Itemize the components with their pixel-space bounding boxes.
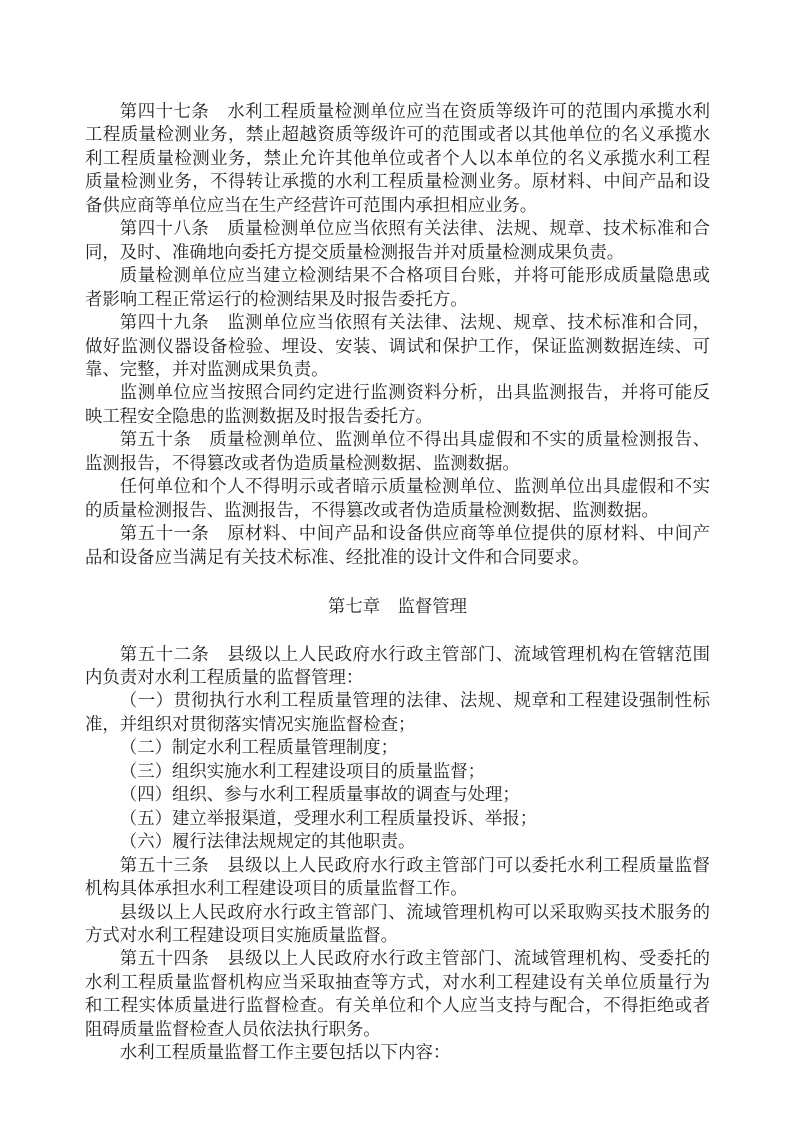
article-53-paragraph-2: 县级以上人民政府水行政主管部门、流域管理机构可以采取购买技术服务的方式对水利工程… — [85, 901, 710, 948]
article-49-paragraph-1: 第四十九条 监测单位应当依照有关法律、法规、规章、技术标准和合同，做好监测仪器设… — [85, 311, 710, 381]
article-52-item-5: （五）建立举报渠道，受理水利工程质量投诉、举报； — [85, 807, 710, 830]
article-49-paragraph-2: 监测单位应当按照合同约定进行监测资料分析，出具监测报告，并将可能反映工程安全隐患… — [85, 381, 710, 428]
article-54-paragraph-1: 第五十四条 县级以上人民政府水行政主管部门、流域管理机构、受委托的水利工程质量监… — [85, 947, 710, 1041]
chapter-7-heading: 第七章 监督管理 — [85, 595, 710, 618]
article-50-paragraph-1: 第五十条 质量检测单位、监测单位不得出具虚假和不实的质量检测报告、监测报告，不得… — [85, 428, 710, 475]
document-page: 第四十七条 水利工程质量检测单位应当在资质等级许可的范围内承揽水利工程质量检测业… — [0, 0, 793, 1122]
article-54-paragraph-2: 水利工程质量监督工作主要包括以下内容： — [85, 1041, 710, 1064]
article-47-paragraph: 第四十七条 水利工程质量检测单位应当在资质等级许可的范围内承揽水利工程质量检测业… — [85, 100, 710, 217]
article-48-paragraph-2: 质量检测单位应当建立检测结果不合格项目台账，并将可能形成质量隐患或者影响工程正常… — [85, 264, 710, 311]
article-50-paragraph-2: 任何单位和个人不得明示或者暗示质量检测单位、监测单位出具虚假和不实的质量检测报告… — [85, 475, 710, 522]
article-52-item-6: （六）履行法律法规规定的其他职责。 — [85, 830, 710, 853]
article-53-paragraph-1: 第五十三条 县级以上人民政府水行政主管部门可以委托水利工程质量监督机构具体承担水… — [85, 854, 710, 901]
article-52-lead-paragraph: 第五十二条 县级以上人民政府水行政主管部门、流域管理机构在管辖范围内负责对水利工… — [85, 643, 710, 690]
article-52-item-1: （一）贯彻执行水利工程质量管理的法律、法规、规章和工程建设强制性标准，并组织对贯… — [85, 689, 710, 736]
article-52-item-4: （四）组织、参与水利工程质量事故的调查与处理； — [85, 783, 710, 806]
article-52-item-2: （二）制定水利工程质量管理制度； — [85, 736, 710, 759]
article-52-item-3: （三）组织实施水利工程建设项目的质量监督； — [85, 760, 710, 783]
article-51-paragraph: 第五十一条 原材料、中间产品和设备供应商等单位提供的原材料、中间产品和设备应当满… — [85, 522, 710, 569]
article-48-paragraph-1: 第四十八条 质量检测单位应当依照有关法律、法规、规章、技术标准和合同，及时、准确… — [85, 217, 710, 264]
